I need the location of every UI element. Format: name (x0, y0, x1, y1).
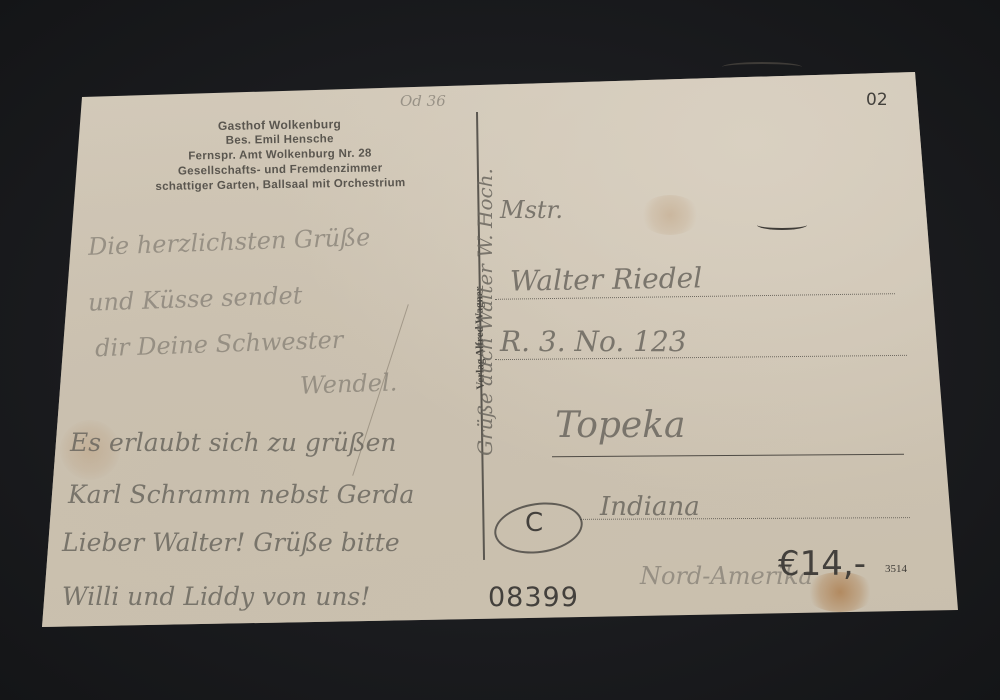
address-city: Topeka (555, 405, 686, 446)
address-state: Indiana (600, 492, 700, 522)
message-line: Es erlaubt sich zu grüßen (70, 428, 397, 457)
inventory-number: 08399 (488, 582, 579, 613)
pencil-arc-mark (722, 62, 802, 72)
address-salutation: Mstr. (500, 196, 563, 224)
card-number: 3514 (885, 563, 907, 575)
message-line: Willi und Liddy von uns! (62, 582, 370, 611)
pencil-arc-mark (757, 220, 807, 230)
printed-inn-header: Gasthof Wolkenburg Bes. Emil Hensche Fer… (99, 115, 460, 196)
message-line: Karl Schramm nebst Gerda (68, 480, 414, 509)
address-street: R. 3. No. 123 (500, 325, 687, 358)
faint-stain (640, 195, 700, 235)
top-left-note: Od 36 (400, 92, 446, 110)
circle-letter: C (525, 508, 543, 538)
corner-annotation: 02 (866, 90, 888, 110)
address-name: Walter Riedel (510, 261, 703, 297)
message-line: Lieber Walter! Grüße bitte (62, 528, 400, 557)
message-signature: Wendel. (300, 368, 398, 399)
price-annotation: €14,- (778, 544, 866, 584)
vertical-margin-note: Grüße auch Walter W. Hoch. (473, 132, 497, 492)
